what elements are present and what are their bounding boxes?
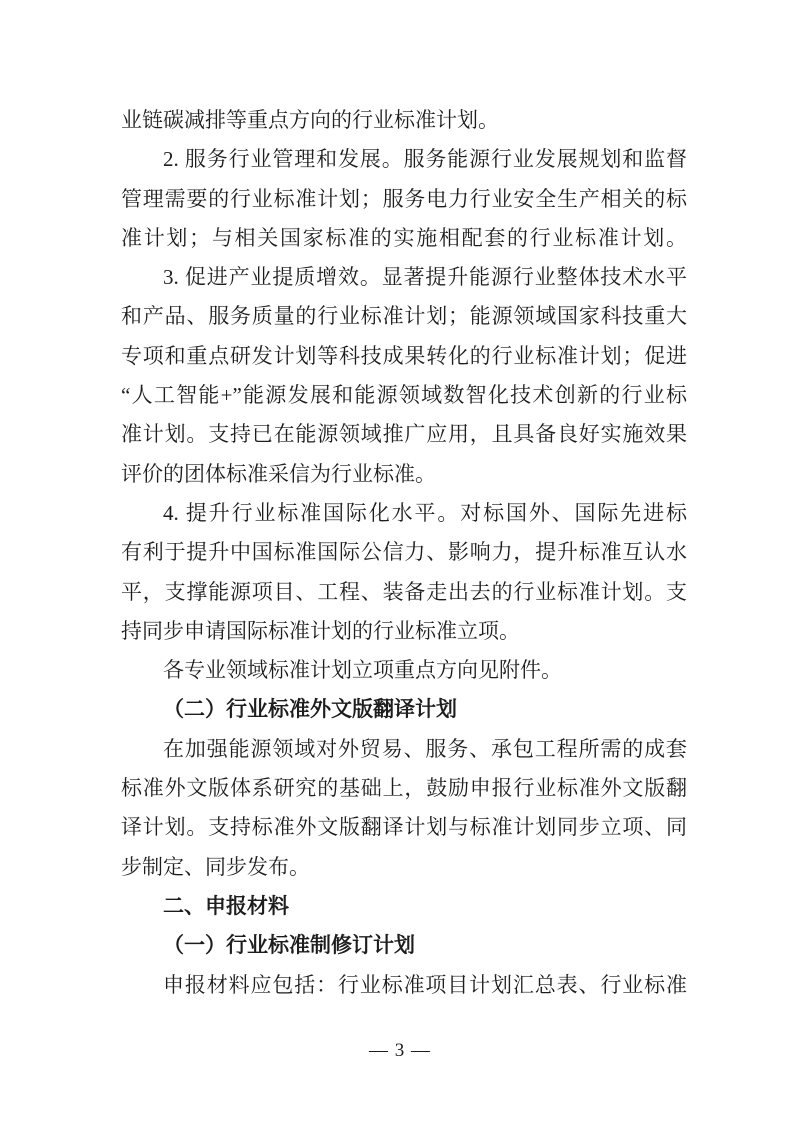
body-line: 专项和重点研发计划等科技成果转化的行业标准计划；促进 bbox=[121, 337, 687, 376]
body-line: “人工智能+”能源发展和能源领域数智化技术创新的行业标 bbox=[121, 376, 687, 415]
document-body: 业链碳减排等重点方向的行业标准计划。 2. 服务行业管理和发展。服务能源行业发展… bbox=[121, 101, 687, 1005]
body-line: 2. 服务行业管理和发展。服务能源行业发展规划和监督 bbox=[121, 140, 687, 179]
section-heading: （一）行业标准制修订计划 bbox=[121, 926, 687, 965]
body-line: 4. 提升行业标准国际化水平。对标国外、国际先进标准， bbox=[121, 494, 687, 533]
body-line: 准计划。支持已在能源领域推广应用，且具备良好实施效果 bbox=[121, 415, 687, 454]
body-line: 有利于提升中国标准国际公信力、影响力，提升标准互认水 bbox=[121, 533, 687, 572]
section-heading: 二、申报材料 bbox=[121, 887, 687, 926]
body-line: 步制定、同步发布。 bbox=[121, 848, 687, 887]
document-page: 业链碳减排等重点方向的行业标准计划。 2. 服务行业管理和发展。服务能源行业发展… bbox=[0, 0, 800, 1131]
body-line: 管理需要的行业标准计划；服务电力行业安全生产相关的标 bbox=[121, 180, 687, 219]
body-line: 平，支撑能源项目、工程、装备走出去的行业标准计划。支 bbox=[121, 573, 687, 612]
body-line: 译计划。支持标准外文版翻译计划与标准计划同步立项、同 bbox=[121, 808, 687, 847]
section-heading: （二）行业标准外文版翻译计划 bbox=[121, 690, 687, 729]
body-line: 各专业领域标准计划立项重点方向见附件。 bbox=[121, 651, 687, 690]
body-line: 标准外文版体系研究的基础上，鼓励申报行业标准外文版翻 bbox=[121, 769, 687, 808]
page-number: — 3 — bbox=[0, 1036, 800, 1066]
body-line: 3. 促进产业提质增效。显著提升能源行业整体技术水平 bbox=[121, 258, 687, 297]
body-line: 评价的团体标准采信为行业标准。 bbox=[121, 455, 687, 494]
body-line: 和产品、服务质量的行业标准计划；能源领域国家科技重大 bbox=[121, 297, 687, 336]
body-line: 申报材料应包括：行业标准项目计划汇总表、行业标准 bbox=[121, 966, 687, 1005]
body-line: 持同步申请国际标准计划的行业标准立项。 bbox=[121, 612, 687, 651]
body-line: 准计划；与相关国家标准的实施相配套的行业标准计划。 bbox=[121, 219, 687, 258]
body-line: 在加强能源领域对外贸易、服务、承包工程所需的成套 bbox=[121, 730, 687, 769]
body-line: 业链碳减排等重点方向的行业标准计划。 bbox=[121, 101, 687, 140]
